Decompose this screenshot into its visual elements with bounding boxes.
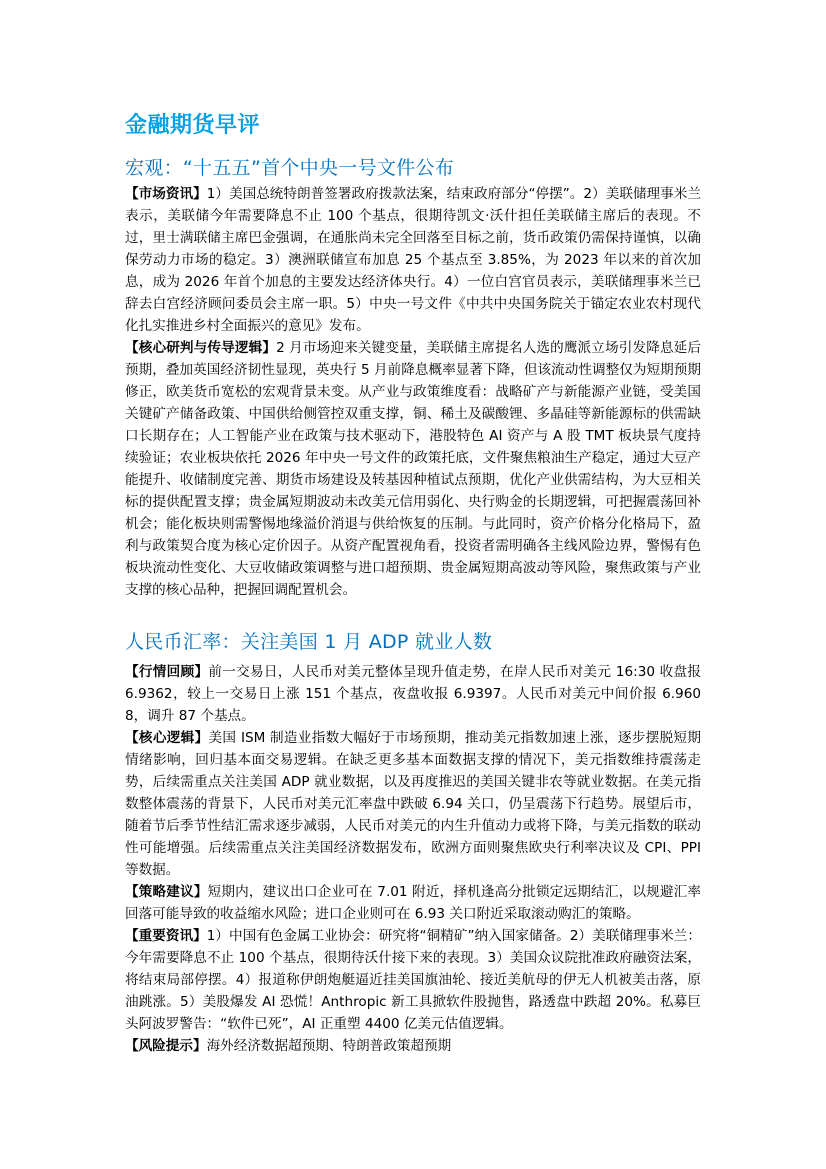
section-body-rmb: 【行情回顾】前一交易日，人民币对美元整体呈现升值走势，在岸人民币对美元 16:3… [125, 661, 701, 1057]
section-heading-macro: 宏观：“十五五”首个中央一号文件公布 [125, 153, 454, 180]
paragraph-label: 【市场资讯】 [125, 186, 207, 202]
paragraph-important-news: 【重要资讯】1）中国有色金属工业协会：研究将“铜精矿”纳入国家储备。2）美联储理… [125, 925, 701, 1035]
paragraph-label: 【行情回顾】 [125, 664, 208, 680]
paragraph-text: 美国 ISM 制造业指数大幅好于市场预期，推动美元指数加速上涨，逐步摆脱短期情绪… [125, 730, 701, 878]
paragraph-core-analysis: 【核心研判与传导逻辑】2 月市场迎来关键变量，美联储主席提名人选的鹰派立场引发降… [125, 337, 701, 601]
section-body-macro: 【市场资讯】1）美国总统特朗普签署政府拨款法案，结束政府部分“停摆”。2）美联储… [125, 183, 701, 601]
paragraph-text: 短期内，建议出口企业可在 7.01 附近，择机逢高分批锁定远期结汇，以规避汇率回… [125, 884, 701, 922]
paragraph-market-news: 【市场资讯】1）美国总统特朗普签署政府拨款法案，结束政府部分“停摆”。2）美联储… [125, 183, 701, 337]
paragraph-label: 【核心研判与传导逻辑】 [125, 340, 276, 356]
paragraph-label: 【策略建议】 [125, 884, 208, 900]
paragraph-text: 1）美国总统特朗普签署政府拨款法案，结束政府部分“停摆”。2）美联储理事米兰表示… [125, 186, 701, 334]
paragraph-risk-warning: 【风险提示】海外经济数据超预期、特朗普政策超预期 [125, 1035, 701, 1057]
paragraph-text: 1）中国有色金属工业协会：研究将“铜精矿”纳入国家储备。2）美联储理事米兰：今年… [125, 928, 701, 1032]
paragraph-text: 2 月市场迎来关键变量，美联储主席提名人选的鹰派立场引发降息延后预期，叠加英国经… [125, 340, 701, 598]
paragraph-market-review: 【行情回顾】前一交易日，人民币对美元整体呈现升值走势，在岸人民币对美元 16:3… [125, 661, 701, 727]
document-title: 金融期货早评 [125, 108, 260, 139]
paragraph-core-logic: 【核心逻辑】美国 ISM 制造业指数大幅好于市场预期，推动美元指数加速上涨，逐步… [125, 727, 701, 881]
paragraph-label: 【核心逻辑】 [125, 730, 209, 746]
paragraph-label: 【重要资讯】 [125, 928, 207, 944]
paragraph-label: 【风险提示】 [125, 1038, 207, 1054]
paragraph-text: 海外经济数据超预期、特朗普政策超预期 [207, 1038, 452, 1054]
paragraph-text: 前一交易日，人民币对美元整体呈现升值走势，在岸人民币对美元 16:30 收盘报 … [125, 664, 701, 724]
section-heading-rmb: 人民币汇率：关注美国 1 月 ADP 就业人数 [125, 627, 492, 654]
paragraph-strategy: 【策略建议】短期内，建议出口企业可在 7.01 附近，择机逢高分批锁定远期结汇，… [125, 881, 701, 925]
